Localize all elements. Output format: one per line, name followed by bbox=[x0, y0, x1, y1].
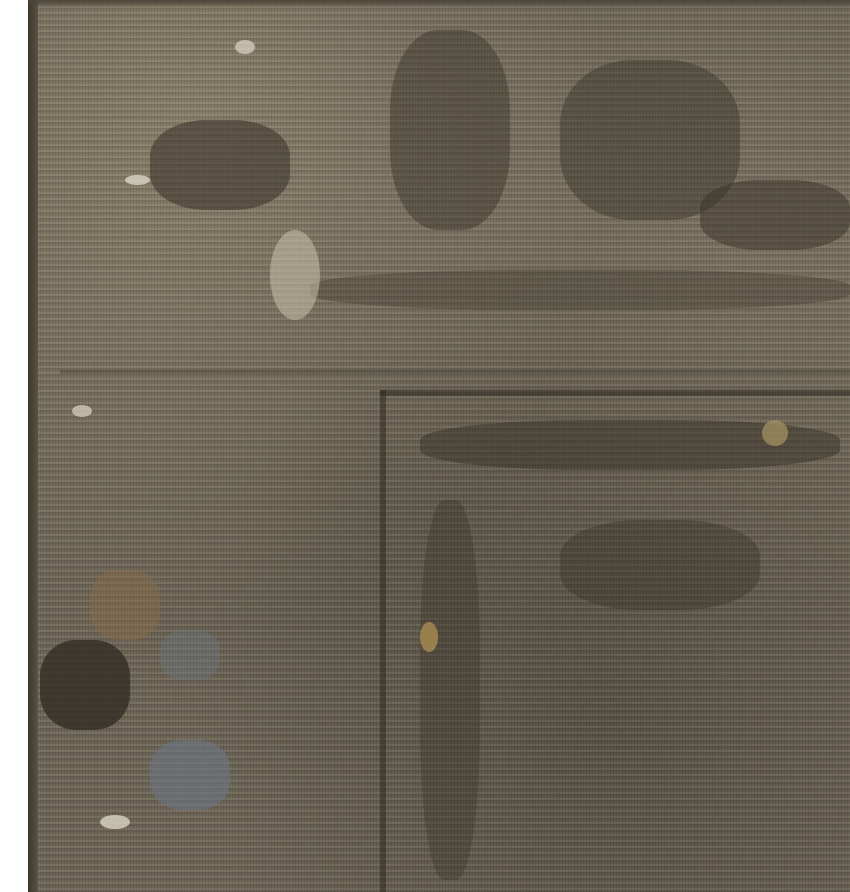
motif-top-1 bbox=[150, 120, 290, 210]
rug-selvedge-left bbox=[28, 0, 38, 892]
worn-spot-3 bbox=[235, 40, 255, 54]
rug-photo bbox=[0, 0, 850, 892]
motif-left-dark bbox=[40, 640, 130, 730]
motif-top-2 bbox=[390, 30, 510, 230]
worn-spot-2 bbox=[125, 175, 150, 185]
band-dark bbox=[310, 270, 850, 310]
worn-spot-5 bbox=[72, 405, 92, 417]
motif-left-blue bbox=[150, 740, 230, 810]
rug-edge-top bbox=[28, 0, 850, 8]
worn-spot-1 bbox=[270, 230, 320, 320]
gold-knot-2 bbox=[762, 420, 788, 446]
inner-border-left bbox=[380, 390, 386, 892]
inner-border-top bbox=[380, 390, 850, 396]
motif-inner-stem bbox=[420, 500, 480, 880]
outer-border-line bbox=[60, 370, 850, 374]
motif-top-4 bbox=[700, 180, 850, 250]
worn-spot-4 bbox=[100, 815, 130, 829]
motif-left-rust bbox=[90, 570, 160, 640]
motif-left-blue-2 bbox=[160, 630, 220, 680]
motif-inner-1 bbox=[560, 520, 760, 610]
gold-knot-1 bbox=[420, 622, 438, 652]
